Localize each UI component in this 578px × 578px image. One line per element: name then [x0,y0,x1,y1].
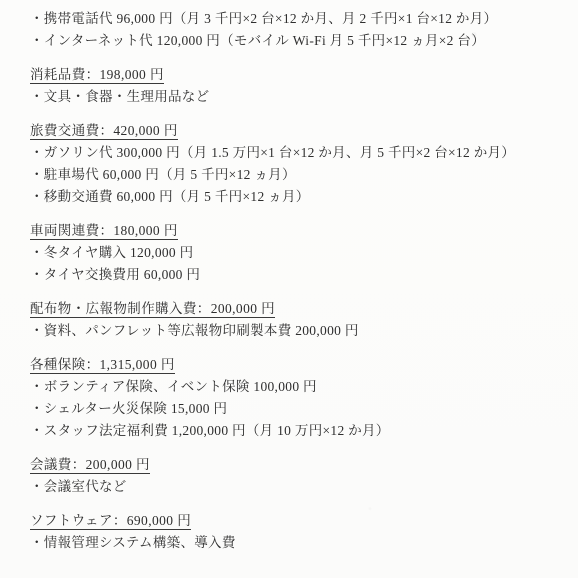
bullet-item: ・会議室代など [30,476,564,498]
section-heading: ソフトウェア：690,000 円 [30,513,191,530]
bullet-item: ・携帯電話代 96,000 円（月 3 千円×2 台×12 か月、月 2 千円×… [30,8,564,30]
section-meetings: 会議費：200,000 円 ・会議室代など [30,454,564,498]
bullet-item: ・駐車場代 60,000 円（月 5 千円×12 ヵ月） [30,164,564,186]
section-consumables: 消耗品費：198,000 円 ・文具・食器・生理用品など [30,64,564,108]
bullet-item: ・文具・食器・生理用品など [30,86,564,108]
section-insurance: 各種保険：1,315,000 円 ・ボランティア保険、イベント保険 100,00… [30,354,564,442]
section-heading: 会議費：200,000 円 [30,457,150,474]
section-heading: 旅費交通費：420,000 円 [30,123,178,140]
document-page: ・携帯電話代 96,000 円（月 3 千円×2 台×12 か月、月 2 千円×… [0,0,578,554]
section-heading: 各種保険：1,315,000 円 [30,357,175,374]
section-heading: 車両関連費：180,000 円 [30,223,178,240]
section-heading: 消耗品費：198,000 円 [30,67,164,84]
bullet-item: ・スタッフ法定福利費 1,200,000 円（月 10 万円×12 か月） [30,420,564,442]
section-print-materials: 配布物・広報物制作購入費：200,000 円 ・資料、パンフレット等広報物印刷製… [30,298,564,342]
bullet-item: ・移動交通費 60,000 円（月 5 千円×12 ヵ月） [30,186,564,208]
bullet-item: ・情報管理システム構築、導入費 [30,532,564,554]
bullet-item: ・インターネット代 120,000 円（モバイル Wi-Fi 月 5 千円×12… [30,30,564,52]
bullet-item: ・シェルター火災保険 15,000 円 [30,398,564,420]
intro-block: ・携帯電話代 96,000 円（月 3 千円×2 台×12 か月、月 2 千円×… [30,8,564,52]
section-vehicle: 車両関連費：180,000 円 ・冬タイヤ購入 120,000 円 ・タイヤ交換… [30,220,564,286]
bullet-item: ・ガソリン代 300,000 円（月 1.5 万円×1 台×12 か月、月 5 … [30,142,564,164]
section-software: ソフトウェア：690,000 円 ・情報管理システム構築、導入費 [30,510,564,554]
section-travel-transport: 旅費交通費：420,000 円 ・ガソリン代 300,000 円（月 1.5 万… [30,120,564,208]
bullet-item: ・ボランティア保険、イベント保険 100,000 円 [30,376,564,398]
bullet-item: ・資料、パンフレット等広報物印刷製本費 200,000 円 [30,320,564,342]
bullet-item: ・タイヤ交換費用 60,000 円 [30,264,564,286]
section-heading: 配布物・広報物制作購入費：200,000 円 [30,301,275,318]
bullet-item: ・冬タイヤ購入 120,000 円 [30,242,564,264]
